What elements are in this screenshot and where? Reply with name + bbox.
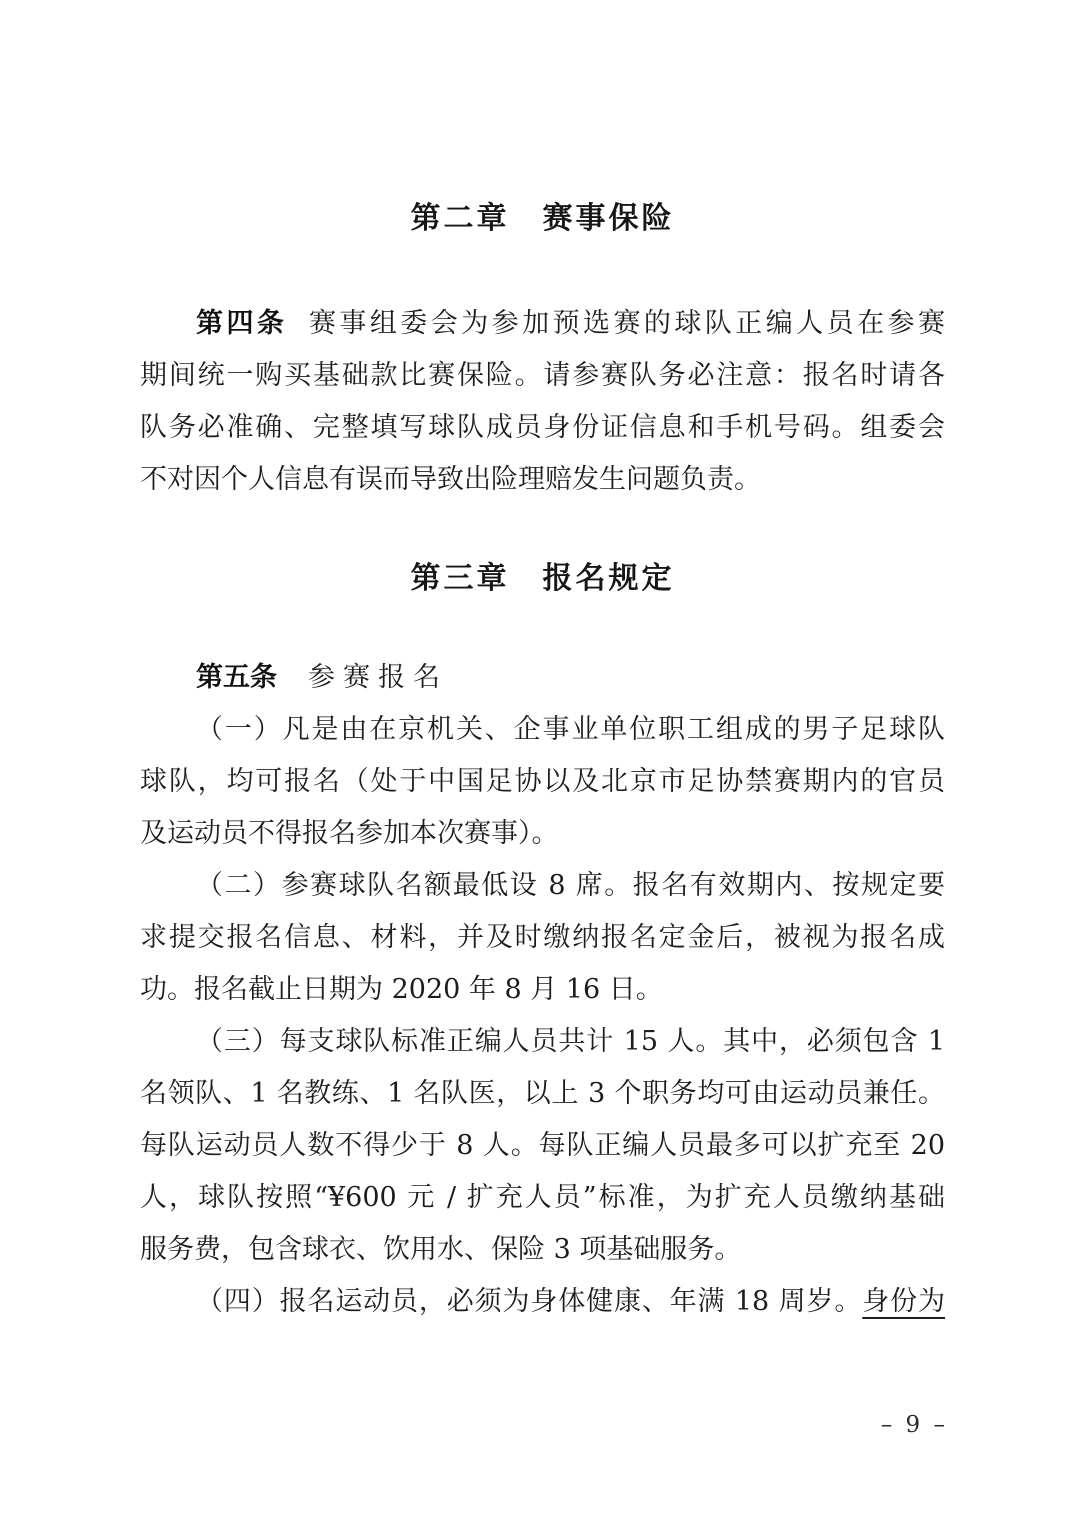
item3-line-4: 人，球队按照“¥600 元 / 扩充人员”标准，为扩充人员缴纳基础	[140, 1172, 945, 1224]
article5-item2-paragraph: （二）参赛球队名额最低设 8 席。报名有效期内、按规定要 求提交报名信息、材料，…	[140, 860, 945, 1016]
item2-line-2: 求提交报名信息、材料，并及时缴纳报名定金后，被视为报名成	[140, 912, 945, 964]
item2-line-1: （二）参赛球队名额最低设 8 席。报名有效期内、按规定要	[140, 860, 945, 912]
item4-line-1: （四）报名运动员，必须为身体健康、年满 18 周岁。身份为	[140, 1276, 945, 1328]
document-content: 第二章 赛事保险 第四条赛事组委会为参加预选赛的球队正编人员在参赛 期间统一购买…	[140, 0, 945, 1328]
article5-item4-paragraph: （四）报名运动员，必须为身体健康、年满 18 周岁。身份为	[140, 1276, 945, 1328]
item1-line-2: 球队，均可报名（处于中国足协以及北京市足协禁赛期内的官员	[140, 756, 945, 808]
article4-line-2: 期间统一购买基础款比赛保险。请参赛队务必注意：报名时请各	[140, 350, 945, 402]
article4-line-1: 第四条赛事组委会为参加预选赛的球队正编人员在参赛	[140, 298, 945, 350]
article4-label: 第四条	[196, 308, 287, 339]
article4-line-1-text: 赛事组委会为参加预选赛的球队正编人员在参赛	[309, 308, 945, 339]
item3-line-2: 名领队、1 名教练、1 名队医，以上 3 个职务均可由运动员兼任。	[140, 1068, 945, 1120]
chapter2-heading: 第二章 赛事保险	[140, 200, 945, 238]
article5-item1-paragraph: （一）凡是由在京机关、企事业单位职工组成的男子足球队 球队，均可报名（处于中国足…	[140, 704, 945, 860]
item2-line-3: 功。报名截止日期为 2020 年 8 月 16 日。	[140, 964, 945, 1016]
item4-text: （四）报名运动员，必须为身体健康、年满 18 周岁。	[196, 1286, 862, 1317]
chapter3-heading: 第三章 报名规定	[140, 560, 945, 598]
item4-underlined-text: 身份为	[862, 1286, 945, 1317]
document-page: 第二章 赛事保险 第四条赛事组委会为参加预选赛的球队正编人员在参赛 期间统一购买…	[0, 0, 1080, 1527]
item1-line-1: （一）凡是由在京机关、企事业单位职工组成的男子足球队	[140, 704, 945, 756]
article5-label: 第五条	[196, 662, 277, 693]
page-number: – 9 –	[881, 1412, 948, 1438]
item3-line-3: 每队运动员人数不得少于 8 人。每队正编人员最多可以扩充至 20	[140, 1120, 945, 1172]
article4-line-4: 不对因个人信息有误而导致出险理赔发生问题负责。	[140, 454, 945, 506]
article4-line-3: 队务必准确、完整填写球队成员身份证信息和手机号码。组委会	[140, 402, 945, 454]
article4-paragraph: 第四条赛事组委会为参加预选赛的球队正编人员在参赛 期间统一购买基础款比赛保险。请…	[140, 298, 945, 506]
article5-item3-paragraph: （三）每支球队标准正编人员共计 15 人。其中，必须包含 1 名领队、1 名教练…	[140, 1016, 945, 1276]
article5-title: 参赛报名	[308, 662, 448, 693]
item3-line-5: 服务费，包含球衣、饮用水、保险 3 项基础服务。	[140, 1224, 945, 1276]
article5-heading-line: 第五条参赛报名	[140, 652, 945, 704]
item1-line-3: 及运动员不得报名参加本次赛事）。	[140, 808, 945, 860]
item3-line-1: （三）每支球队标准正编人员共计 15 人。其中，必须包含 1	[140, 1016, 945, 1068]
